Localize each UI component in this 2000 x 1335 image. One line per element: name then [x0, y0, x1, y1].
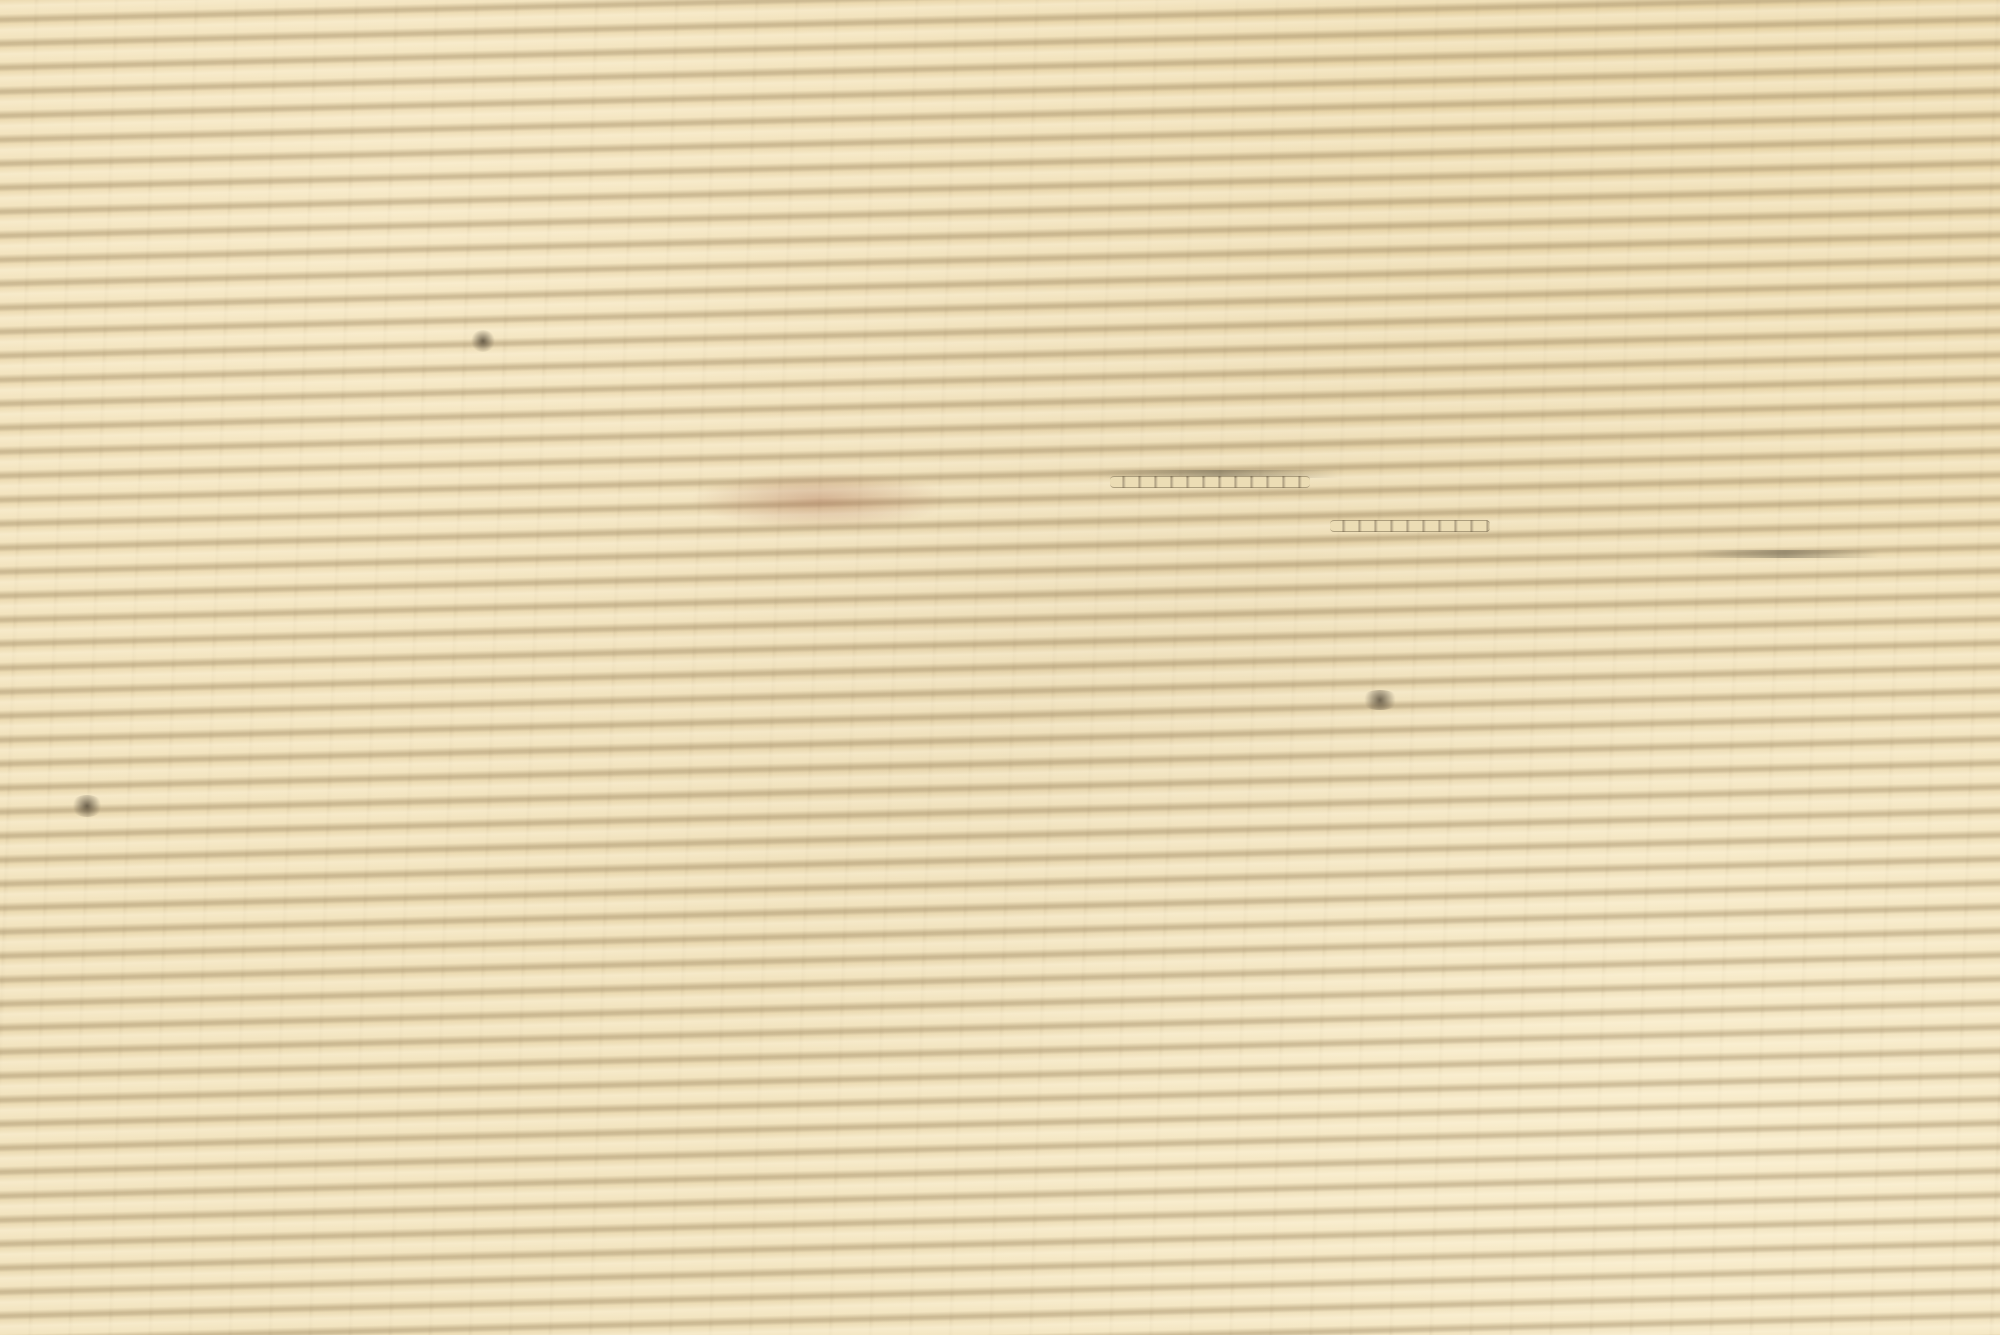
dark-fleck: [1360, 690, 1400, 710]
grey-streak: [1100, 470, 1340, 478]
dark-fleck: [70, 795, 104, 817]
repair-stitch: [1110, 476, 1310, 488]
repair-stitch: [1330, 520, 1490, 532]
grey-streak: [1690, 550, 1880, 558]
rug-texture-photo: Close-up of a cream / beige hand-knotted…: [0, 0, 2000, 1335]
dark-fleck: [470, 330, 496, 352]
reddish-band: [690, 470, 950, 530]
